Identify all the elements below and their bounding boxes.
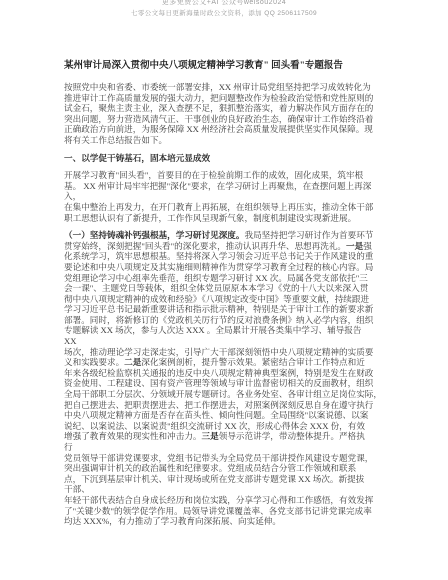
bold-text-run: 二是 bbox=[124, 357, 141, 367]
paragraph: 开展学习教育"回头看"，首要目的在于检验前期工作的成效，固化成果，筑牢根 基。 … bbox=[64, 170, 390, 223]
bold-text-run: 一、以学促干铸基石，固本培元显成效 bbox=[64, 153, 210, 163]
paragraph: （一）坚持铸魂补钙强根基，学习研讨见深度。我局坚持把学习研讨作为首要环节 贯穿始… bbox=[64, 230, 390, 527]
bold-text-run: （一）坚持铸魂补钙强根基，学习研讨见深度。 bbox=[64, 230, 244, 240]
text-run: 领导示范讲学，带动整体提升。严格执 行 党员领导干部讲党课要求，党组书记带头为全… bbox=[64, 431, 373, 526]
document-title: 某州审计局深入贯彻中央八项规定精神学习教育" 回头看"专题报告 bbox=[64, 60, 390, 73]
promo-header-line2: 七零公文每日更新海量时政公文资料，添加 QQ 2506117509 bbox=[0, 8, 448, 17]
text-run: 强 化系统学习，筑牢思想根基。坚持将深入学习领会习近平总书记关于作风建设的重 要… bbox=[64, 241, 373, 368]
document-blocks: 按照党中央和省委、市委统一部署安排，XX 州审计局党组坚持把学习成效转化为 推进… bbox=[64, 82, 390, 527]
document-page: 更多免费公文+AI 公众号weisou2024 七零公文每日更新海量时政公文资料… bbox=[0, 0, 448, 580]
text-run: 按照党中央和省委、市委统一部署安排，XX 州审计局党组坚持把学习成效转化为 推进… bbox=[64, 82, 373, 145]
document-body: 某州审计局深入贯彻中央八项规定精神学习教育" 回头看"专题报告 按照党中央和省委… bbox=[64, 60, 390, 534]
text-run: 开展学习教育"回头看"，首要目的在于检验前期工作的成效，固化成果，筑牢根 基。 … bbox=[64, 170, 373, 222]
section-heading: 一、以学促干铸基石，固本培元显成效 bbox=[64, 153, 390, 164]
bold-text-run: 三是 bbox=[202, 431, 219, 441]
text-run: 深化案例剖析，提升警示效果。紧密结合审计工作特点和近 年来各级纪检监察机关通报的… bbox=[64, 357, 382, 441]
promo-header-line1: 更多免费公文+AI 公众号weisou2024 bbox=[0, 0, 448, 7]
bold-text-run: 一是 bbox=[346, 241, 363, 251]
paragraph: 按照党中央和省委、市委统一部署安排，XX 州审计局党组坚持把学习成效转化为 推进… bbox=[64, 82, 390, 146]
